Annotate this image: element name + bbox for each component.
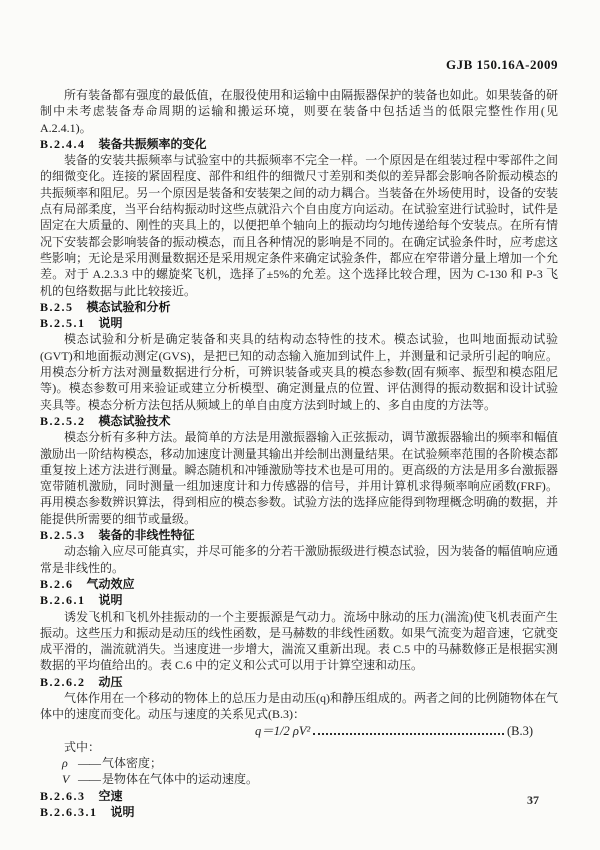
document-page: GJB 150.16A-2009 所有装备都有强度的最低值，在服役使用和运输中由… <box>0 0 600 850</box>
section-heading-b253: B.2.5.3装备的非线性特征 <box>40 527 558 543</box>
formula-where-label: 式中： <box>40 739 558 755</box>
section-number: B.2.6.2 <box>40 675 86 689</box>
section-heading-b262: B.2.6.2动压 <box>40 674 558 690</box>
section-number: B.2.5.3 <box>40 528 86 542</box>
section-heading-b26: B.2.6气动效应 <box>40 576 558 592</box>
section-heading-b261: B.2.6.1说明 <box>40 592 558 608</box>
definition-text: 气体密度； <box>102 756 162 770</box>
section-title: 装备的非线性特征 <box>99 528 195 542</box>
section-number: B.2.5.1 <box>40 316 86 330</box>
section-title: 动压 <box>99 675 123 689</box>
formula-expression: q＝1/2 ρV² <box>255 723 310 739</box>
paragraph-resonance: 装备的安装共振频率与试验室中的共振频率不完全一样。一个原因是在组装过程中零部件之… <box>40 152 558 299</box>
symbol-definition-v: V——是物体在气体中的运动速度。 <box>40 771 558 787</box>
section-heading-b251: B.2.5.1说明 <box>40 315 558 331</box>
formula-label: (B.3) <box>507 723 533 739</box>
section-title: 模态试验技术 <box>99 414 171 428</box>
section-title: 说明 <box>99 593 123 607</box>
definition-dash: —— <box>78 772 100 786</box>
symbol-definition-rho: ρ——气体密度； <box>40 755 558 771</box>
section-title: 空速 <box>99 789 123 803</box>
paragraph-modal: 模态试验和分析是确定装备和夹具的结构动态特性的技术。模态试验，也叫地面振动试验(… <box>40 331 558 412</box>
section-title: 模态试验和分析 <box>87 300 171 314</box>
page-number: 37 <box>527 793 539 808</box>
definition-dash: —— <box>78 756 100 770</box>
section-number: B.2.5.2 <box>40 414 86 428</box>
section-title: 气动效应 <box>87 577 135 591</box>
section-title: 装备共振频率的变化 <box>99 137 207 151</box>
section-heading-b244: B.2.4.4装备共振频率的变化 <box>40 136 558 152</box>
paragraph-nonlinear: 动态输入应尽可能真实，并尽可能多的分若干激励振级进行模态试验，因为装备的幅值响应… <box>40 543 558 576</box>
paragraph-intro: 所有装备都有强度的最低值，在服役使用和运输中由隔振器保护的装备也如此。如果装备的… <box>40 87 558 136</box>
section-number: B.2.6 <box>40 577 74 591</box>
symbol: V <box>62 771 74 787</box>
definition-text: 是物体在气体中的运动速度。 <box>102 772 258 786</box>
document-body: 所有装备都有强度的最低值，在服役使用和运输中由隔振器保护的装备也如此。如果装备的… <box>40 87 558 820</box>
section-number: B.2.6.1 <box>40 593 86 607</box>
section-title: 说明 <box>99 316 123 330</box>
paragraph-dynamic-pressure: 气体作用在一个移动的物体上的总压力是由动压(q)和静压组成的。两者之间的比例随物… <box>40 690 558 723</box>
section-number: B.2.4.4 <box>40 137 86 151</box>
standard-number: GJB 150.16A-2009 <box>446 57 558 72</box>
page-header: GJB 150.16A-2009 <box>40 57 558 73</box>
formula-b3: q＝1/2 ρV² (B.3) <box>40 723 558 739</box>
section-heading-b2631: B.2.6.3.1说明 <box>40 804 558 820</box>
formula-dot-leader <box>313 733 504 735</box>
symbol: ρ <box>62 755 74 771</box>
section-title: 说明 <box>111 805 135 819</box>
section-heading-b263: B.2.6.3空速 <box>40 788 558 804</box>
section-heading-b252: B.2.5.2模态试验技术 <box>40 413 558 429</box>
section-number: B.2.6.3 <box>40 789 86 803</box>
paragraph-aero: 诱发飞机和飞机外挂振动的一个主要振源是气动力。流场中脉动的压力(湍流)使飞机表面… <box>40 609 558 674</box>
section-heading-b25: B.2.5模态试验和分析 <box>40 299 558 315</box>
paragraph-modal-tech: 模态分析有多种方法。最简单的方法是用激振器输入正弦振动，调节激振器输出的频率和幅… <box>40 429 558 527</box>
section-number: B.2.5 <box>40 300 74 314</box>
section-number: B.2.6.3.1 <box>40 805 98 819</box>
